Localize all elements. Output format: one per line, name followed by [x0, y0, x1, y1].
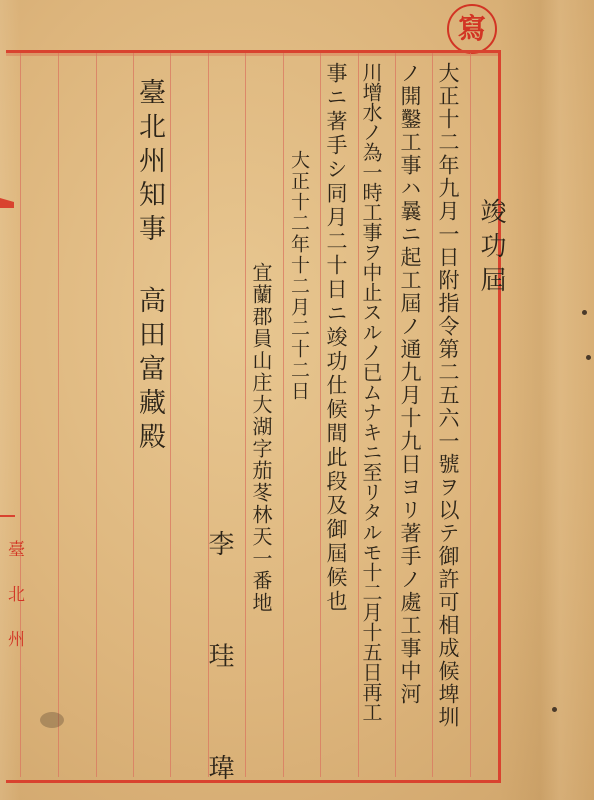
body-column-3: 川增水ノ為一時工事ヲ中止スルノ已ムナキニ至リタルモ十二月十五日再工 — [361, 62, 381, 722]
recipient: 臺北州知事 高田富藏殿 — [136, 78, 163, 456]
sender-address: 宜蘭郡員山庄大湖字茄苳林天一番地 — [251, 262, 271, 614]
binding-hole — [586, 355, 591, 360]
ink-stain — [40, 712, 64, 728]
ruled-line — [432, 53, 433, 777]
document-date: 大正十二年十二月二十二日 — [289, 150, 308, 402]
ruled-line — [470, 53, 471, 777]
binding-hole — [582, 310, 587, 315]
document-title: 竣功屆 — [478, 198, 504, 300]
margin-printed-text: 臺北州 — [2, 540, 27, 675]
ruled-line — [96, 53, 97, 777]
ruled-line — [283, 53, 284, 777]
body-column-2: ノ開鑿工事ハ曩ニ起工屆ノ通九月十九日ヨリ著手ノ處工事中河 — [399, 62, 420, 706]
body-column-1: 大正十二年九月一日附指令第二五六一號ヲ以テ御許可相成候埤圳 — [437, 62, 458, 729]
ruled-line — [170, 53, 171, 777]
ruled-line — [58, 53, 59, 777]
ruled-line — [395, 53, 396, 777]
ruled-line — [245, 53, 246, 777]
ruled-line — [320, 53, 321, 777]
copy-seal-stamp: 寫 — [447, 4, 497, 54]
body-column-4: 事ニ著手シ同月二十日ニ竣功仕候間此段及御屆候也 — [325, 62, 346, 614]
binding-hole — [552, 707, 557, 712]
margin-rule — [0, 515, 15, 517]
sender-signature: 李 珪 瑋 — [206, 530, 232, 800]
